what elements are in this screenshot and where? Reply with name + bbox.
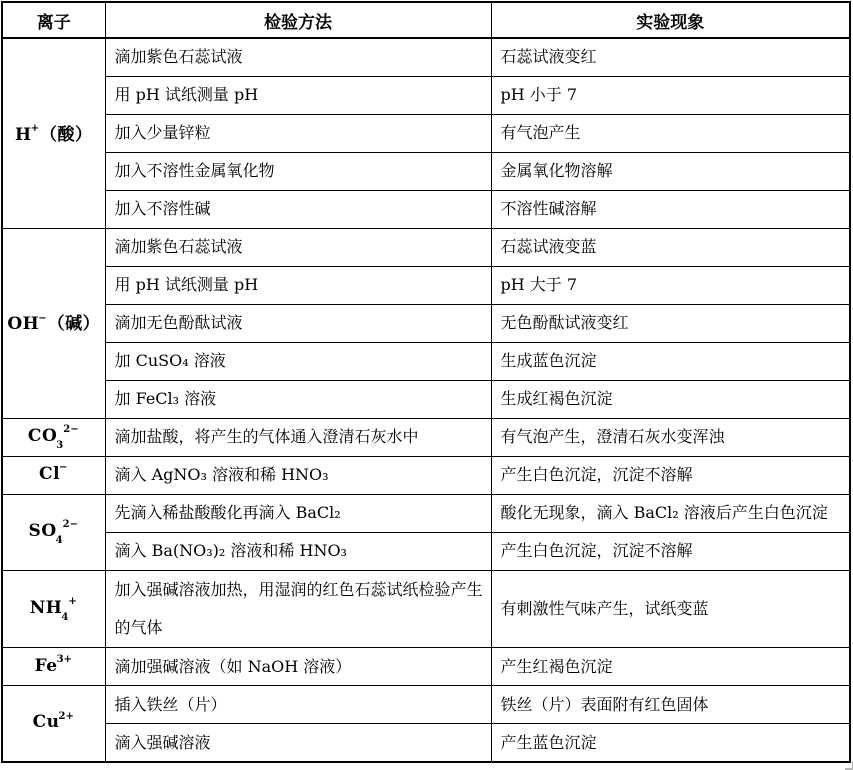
- method-cell: 滴加无色酚酞试液: [105, 304, 491, 342]
- ion-cell-chloride: Cl−: [2, 456, 105, 494]
- method-cell: 加入少量锌粒: [105, 114, 491, 152]
- method-cell: 滴入强碱溶液: [105, 724, 491, 762]
- table-row: 滴入强碱溶液 产生蓝色沉淀: [2, 724, 850, 762]
- table-row: 用 pH 试纸测量 pH pH 小于 7: [2, 76, 850, 114]
- header-row: 离子 检验方法 实验现象: [2, 2, 850, 38]
- phenomenon-cell: 无色酚酞试液变红: [491, 304, 850, 342]
- phenomenon-cell: 生成红褐色沉淀: [491, 380, 850, 418]
- ion-cell-ferric: Fe3+: [2, 648, 105, 686]
- phenomenon-cell: 产生白色沉淀，沉淀不溶解: [491, 532, 850, 570]
- header-phenomenon: 实验现象: [491, 2, 850, 38]
- table-row: 用 pH 试纸测量 pH pH 大于 7: [2, 266, 850, 304]
- method-cell: 加入不溶性金属氧化物: [105, 152, 491, 190]
- phenomenon-cell: 石蕊试液变蓝: [491, 228, 850, 266]
- phenomenon-cell: 铁丝（片）表面附有红色固体: [491, 686, 850, 724]
- phenomenon-cell: pH 大于 7: [491, 266, 850, 304]
- ion-label: Cl−: [39, 464, 68, 484]
- phenomenon-cell: 金属氧化物溶解: [491, 152, 850, 190]
- phenomenon-cell: 石蕊试液变红: [491, 38, 850, 76]
- ion-label: Fe3+: [35, 656, 73, 676]
- ion-label: SO42−: [29, 521, 79, 541]
- table-row: H+（酸） 滴加紫色石蕊试液 石蕊试液变红: [2, 38, 850, 76]
- phenomenon-cell: 有气泡产生，澄清石灰水变浑浊: [491, 418, 850, 456]
- method-cell: 插入铁丝（片）: [105, 686, 491, 724]
- table-row: NH4+ 加入强碱溶液加热，用湿润的红色石蕊试纸检验产生的气体 有刺激性气味产生…: [2, 570, 850, 648]
- method-cell: 加入不溶性碱: [105, 190, 491, 228]
- table-row: SO42− 先滴入稀盐酸酸化再滴入 BaCl₂ 酸化无现象，滴入 BaCl₂ 溶…: [2, 494, 850, 532]
- method-cell: 加 FeCl₃ 溶液: [105, 380, 491, 418]
- ion-label: NH4+: [30, 598, 78, 618]
- method-cell: 滴入 AgNO₃ 溶液和稀 HNO₃: [105, 456, 491, 494]
- table-row: 加入不溶性金属氧化物 金属氧化物溶解: [2, 152, 850, 190]
- ion-cell-ammonium: NH4+: [2, 570, 105, 648]
- method-cell: 滴加紫色石蕊试液: [105, 38, 491, 76]
- phenomenon-cell: 产生白色沉淀，沉淀不溶解: [491, 456, 850, 494]
- table-row: 加 FeCl₃ 溶液 生成红褐色沉淀: [2, 380, 850, 418]
- table-row: 滴入 Ba(NO₃)₂ 溶液和稀 HNO₃ 产生白色沉淀，沉淀不溶解: [2, 532, 850, 570]
- method-cell: 滴加紫色石蕊试液: [105, 228, 491, 266]
- phenomenon-cell: 有气泡产生: [491, 114, 850, 152]
- ion-cell-sulfate: SO42−: [2, 494, 105, 570]
- table-row: 加 CuSO₄ 溶液 生成蓝色沉淀: [2, 342, 850, 380]
- ion-cell-carbonate: CO32−: [2, 418, 105, 456]
- phenomenon-cell: 不溶性碱溶解: [491, 190, 850, 228]
- phenomenon-cell: pH 小于 7: [491, 76, 850, 114]
- table-row: 加入少量锌粒 有气泡产生: [2, 114, 850, 152]
- method-cell: 滴入 Ba(NO₃)₂ 溶液和稀 HNO₃: [105, 532, 491, 570]
- method-cell: 加入强碱溶液加热，用湿润的红色石蕊试纸检验产生的气体: [105, 570, 491, 648]
- ion-label: Cu2+: [33, 712, 75, 732]
- method-cell: 用 pH 试纸测量 pH: [105, 266, 491, 304]
- ion-test-table: 离子 检验方法 实验现象 H+（酸） 滴加紫色石蕊试液 石蕊试液变红 用 pH …: [1, 1, 851, 763]
- ion-label: CO32−: [28, 426, 80, 446]
- method-cell: 滴加盐酸，将产生的气体通入澄清石灰水中: [105, 418, 491, 456]
- ion-label: H+（酸）: [15, 125, 92, 145]
- table-row: OH−（碱） 滴加紫色石蕊试液 石蕊试液变蓝: [2, 228, 850, 266]
- phenomenon-cell: 有刺激性气味产生，试纸变蓝: [491, 570, 850, 648]
- ion-label: OH−（碱）: [7, 314, 100, 334]
- method-cell: 滴加强碱溶液（如 NaOH 溶液）: [105, 648, 491, 686]
- ion-cell-cupric: Cu2+: [2, 686, 105, 762]
- phenomenon-cell: 酸化无现象，滴入 BaCl₂ 溶液后产生白色沉淀: [491, 494, 850, 532]
- table-row: Cu2+ 插入铁丝（片） 铁丝（片）表面附有红色固体: [2, 686, 850, 724]
- header-ion: 离子: [2, 2, 105, 38]
- table-row: 加入不溶性碱 不溶性碱溶解: [2, 190, 850, 228]
- table-row: Fe3+ 滴加强碱溶液（如 NaOH 溶液） 产生红褐色沉淀: [2, 648, 850, 686]
- phenomenon-cell: 产生蓝色沉淀: [491, 724, 850, 762]
- header-method: 检验方法: [105, 2, 491, 38]
- table-row: CO32− 滴加盐酸，将产生的气体通入澄清石灰水中 有气泡产生，澄清石灰水变浑浊: [2, 418, 850, 456]
- ion-cell-h-plus: H+（酸）: [2, 38, 105, 228]
- method-cell: 先滴入稀盐酸酸化再滴入 BaCl₂: [105, 494, 491, 532]
- table-row: 滴加无色酚酞试液 无色酚酞试液变红: [2, 304, 850, 342]
- table-row: Cl− 滴入 AgNO₃ 溶液和稀 HNO₃ 产生白色沉淀，沉淀不溶解: [2, 456, 850, 494]
- method-cell: 加 CuSO₄ 溶液: [105, 342, 491, 380]
- ion-cell-oh-minus: OH−（碱）: [2, 228, 105, 418]
- phenomenon-cell: 产生红褐色沉淀: [491, 648, 850, 686]
- method-cell: 用 pH 试纸测量 pH: [105, 76, 491, 114]
- phenomenon-cell: 生成蓝色沉淀: [491, 342, 850, 380]
